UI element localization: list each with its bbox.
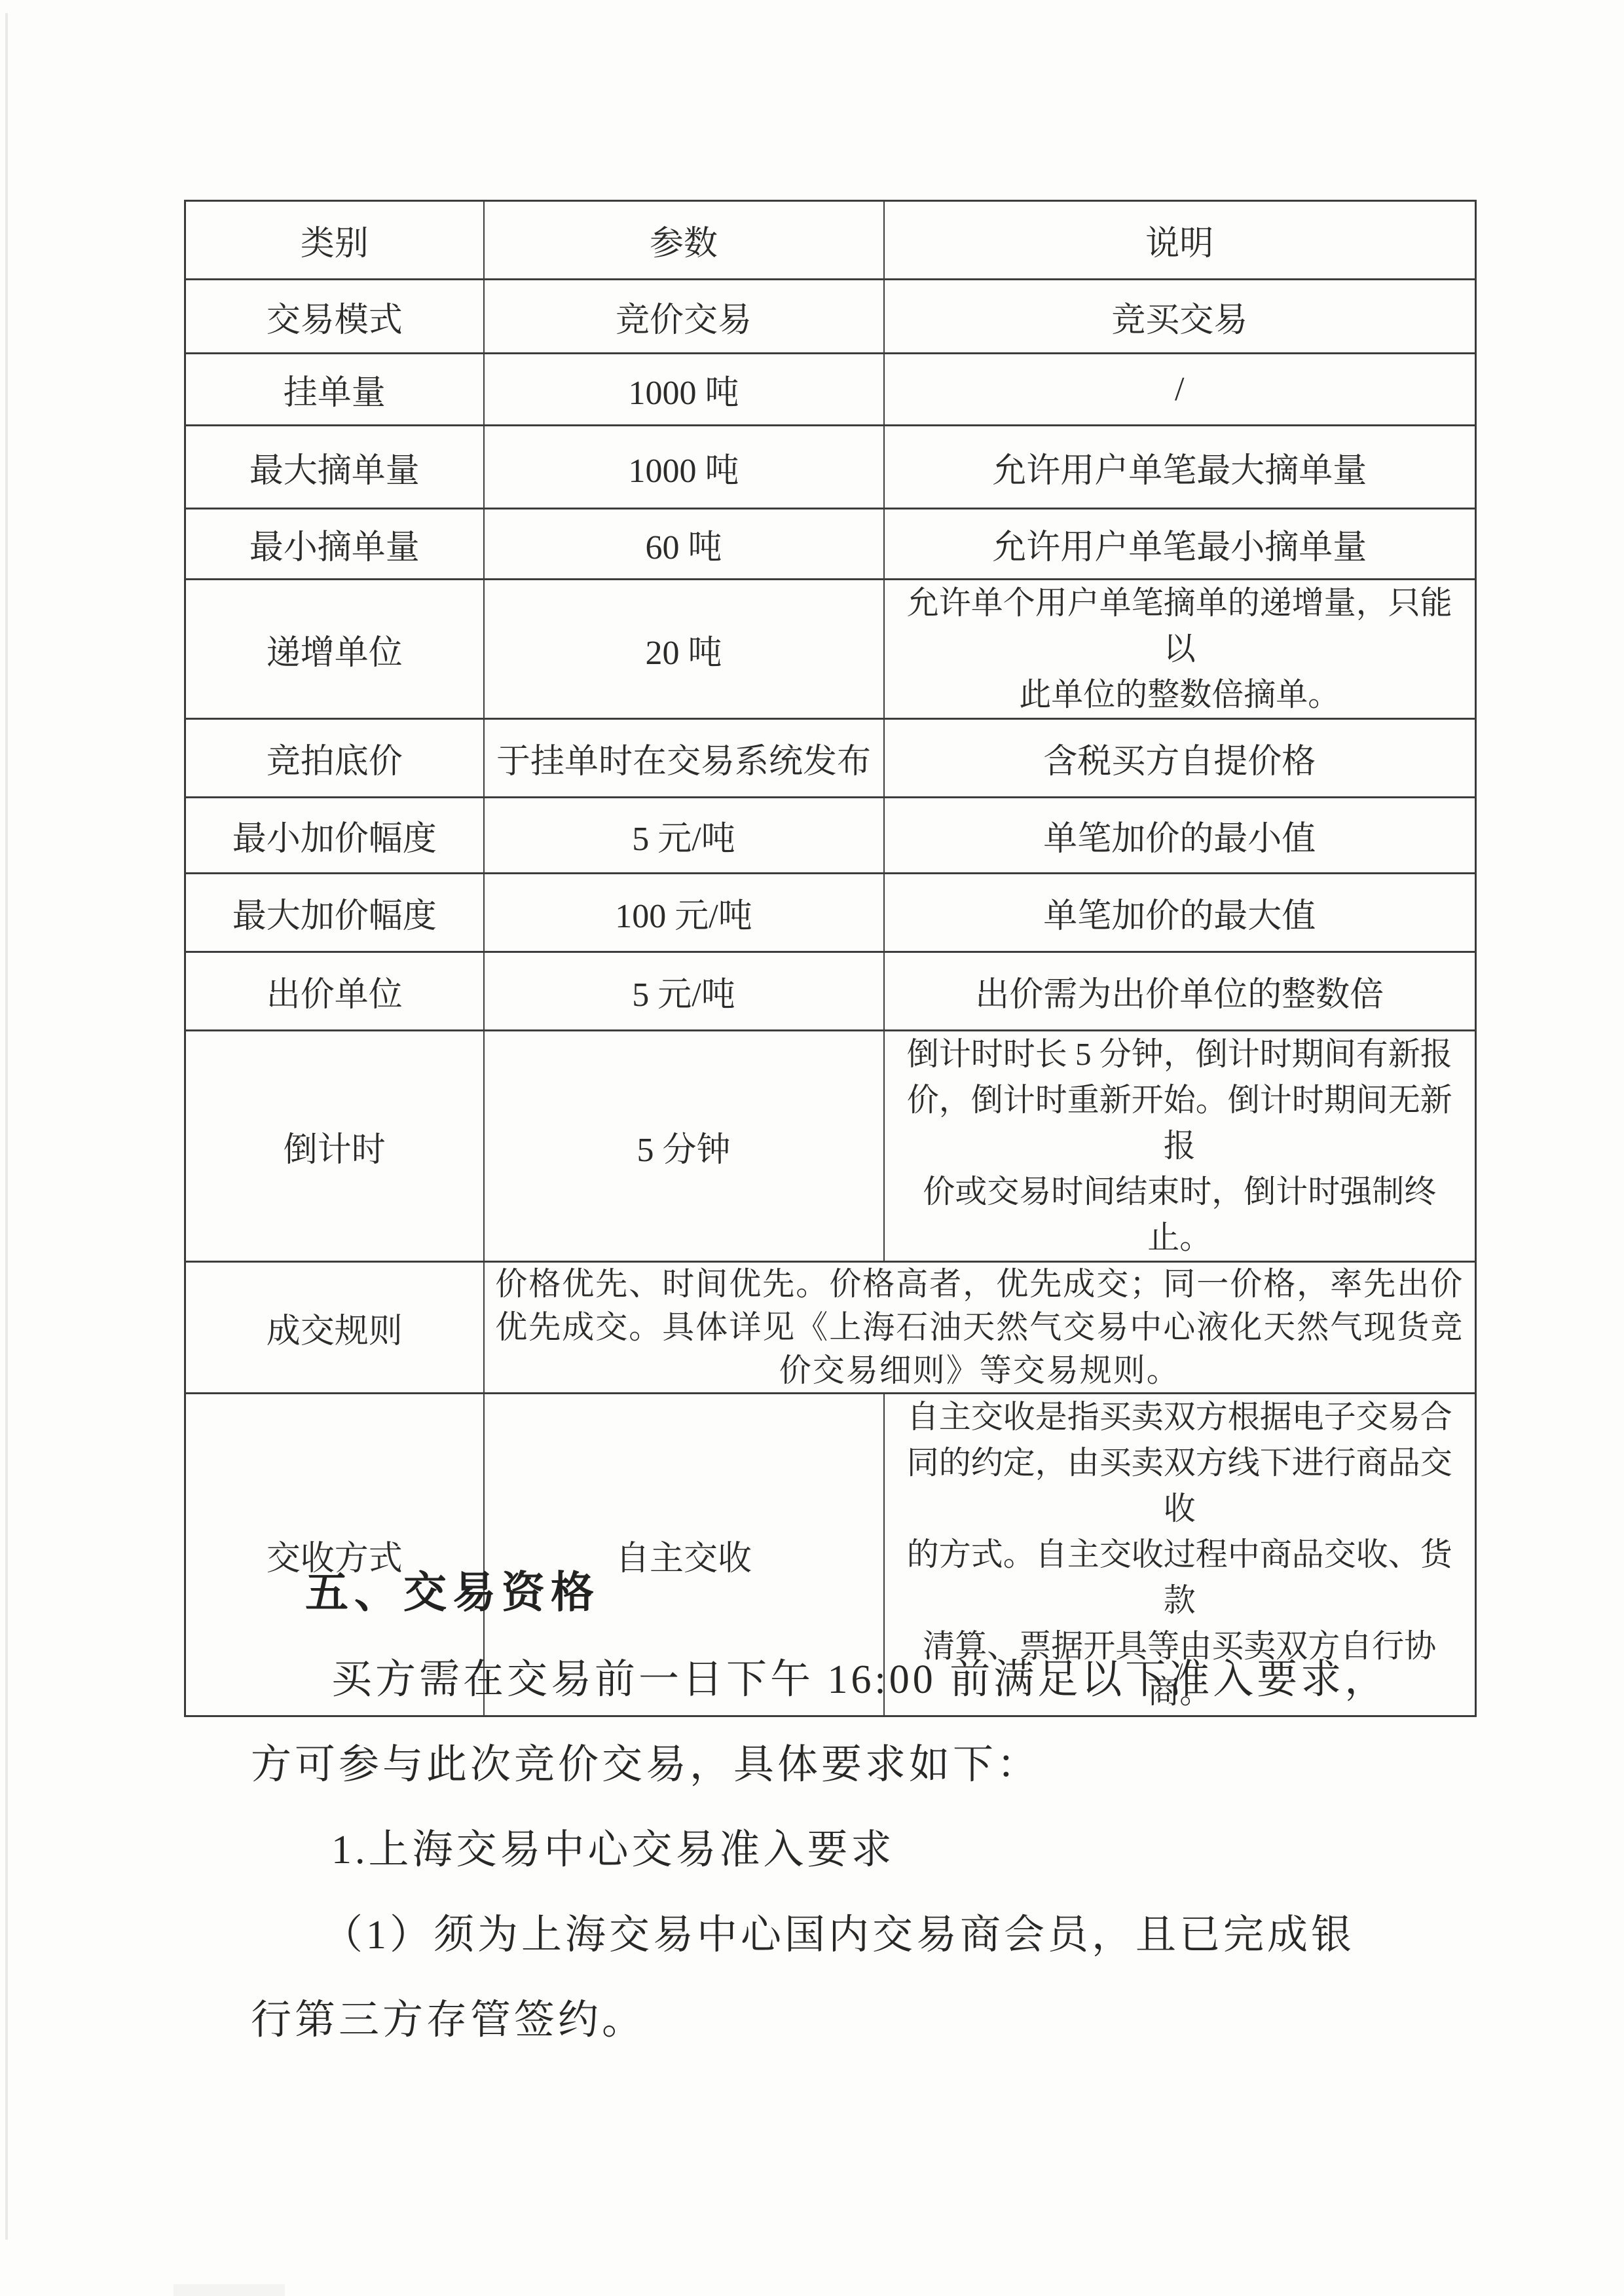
cell-param: 5 元/吨 [484,952,884,1031]
cell-desc: 倒计时时长 5 分钟，倒计时期间有新报 价，倒计时重新开始。倒计时期间无新报 价… [884,1031,1476,1262]
table-row-merged: 成交规则 价格优先、时间优先。价格高者，优先成交；同一价格，率先出价 优先成交。… [185,1262,1476,1394]
cell-param: 5 元/吨 [484,798,884,874]
trading-parameters-table: 类别 参数 说明 交易模式 竞价交易 竞买交易 挂单量 1000 吨 / 最大摘… [184,200,1477,1717]
table-row: 递增单位 20 吨 允许单个用户单笔摘单的递增量，只能以 此单位的整数倍摘单。 [185,580,1476,719]
cell-category: 倒计时 [185,1031,484,1262]
cell-param: 60 吨 [484,509,884,580]
cell-desc: 允许单个用户单笔摘单的递增量，只能以 此单位的整数倍摘单。 [884,580,1476,719]
table-row: 最小摘单量 60 吨 允许用户单笔最小摘单量 [185,509,1476,580]
cell-category: 出价单位 [185,952,484,1031]
paragraph-line-1: 买方需在交易前一日下午 16:00 前满足以下准入要求， [331,1646,1388,1705]
cell-category: 成交规则 [185,1262,484,1394]
cell-desc: 允许用户单笔最小摘单量 [884,509,1476,580]
table-row: 最大加价幅度 100 元/吨 单笔加价的最大值 [185,874,1476,952]
cell-category: 竞拍底价 [185,719,484,798]
table-row: 交易模式 竞价交易 竞买交易 [185,280,1476,354]
cell-category: 交易模式 [185,280,484,354]
cell-category: 递增单位 [185,580,484,719]
paragraph-line-4: （1）须为上海交易中心国内交易商会员，且已完成银 [322,1902,1355,1960]
table-row: 竞拍底价 于挂单时在交易系统发布 含税买方自提价格 [185,719,1476,798]
cell-category: 最小摘单量 [185,509,484,580]
cell-param: 100 元/吨 [484,874,884,952]
cell-desc: / [884,354,1476,426]
cell-param: 竞价交易 [484,280,884,354]
paragraph-line-3: 1.上海交易中心交易准入要求 [331,1817,895,1875]
cell-desc: 允许用户单笔最大摘单量 [884,426,1476,509]
table-row: 最小加价幅度 5 元/吨 单笔加价的最小值 [185,798,1476,874]
cell-param: 1000 吨 [484,354,884,426]
table-row: 最大摘单量 1000 吨 允许用户单笔最大摘单量 [185,426,1476,509]
cell-param: 20 吨 [484,580,884,719]
table-header-row: 类别 参数 说明 [185,201,1476,280]
paragraph-line-2: 方可参与此次竞价交易，具体要求如下： [251,1731,1041,1790]
cell-category: 最大加价幅度 [185,874,484,952]
cell-category: 挂单量 [185,354,484,426]
cell-merged-desc: 价格优先、时间优先。价格高者，优先成交；同一价格，率先出价 优先成交。具体详见《… [484,1262,1476,1394]
cell-category: 最大摘单量 [185,426,484,509]
paragraph-line-5: 行第三方存管签约。 [251,1987,646,2045]
table-row: 出价单位 5 元/吨 出价需为出价单位的整数倍 [185,952,1476,1031]
header-param: 参数 [484,201,884,280]
cell-param: 5 分钟 [484,1031,884,1262]
cell-param: 1000 吨 [484,426,884,509]
cell-desc: 竞买交易 [884,280,1476,354]
cell-param: 于挂单时在交易系统发布 [484,719,884,798]
cell-desc: 出价需为出价单位的整数倍 [884,952,1476,1031]
scan-artifact-smudge [174,2284,285,2296]
header-desc: 说明 [884,201,1476,280]
table-row: 挂单量 1000 吨 / [185,354,1476,426]
scan-artifact-left-edge [5,13,8,2240]
header-category: 类别 [185,201,484,280]
table-row: 倒计时 5 分钟 倒计时时长 5 分钟，倒计时期间有新报 价，倒计时重新开始。倒… [185,1031,1476,1262]
cell-category: 最小加价幅度 [185,798,484,874]
section-heading: 五、交易资格 [305,1557,600,1620]
cell-desc: 含税买方自提价格 [884,719,1476,798]
cell-desc: 单笔加价的最大值 [884,874,1476,952]
cell-desc: 单笔加价的最小值 [884,798,1476,874]
